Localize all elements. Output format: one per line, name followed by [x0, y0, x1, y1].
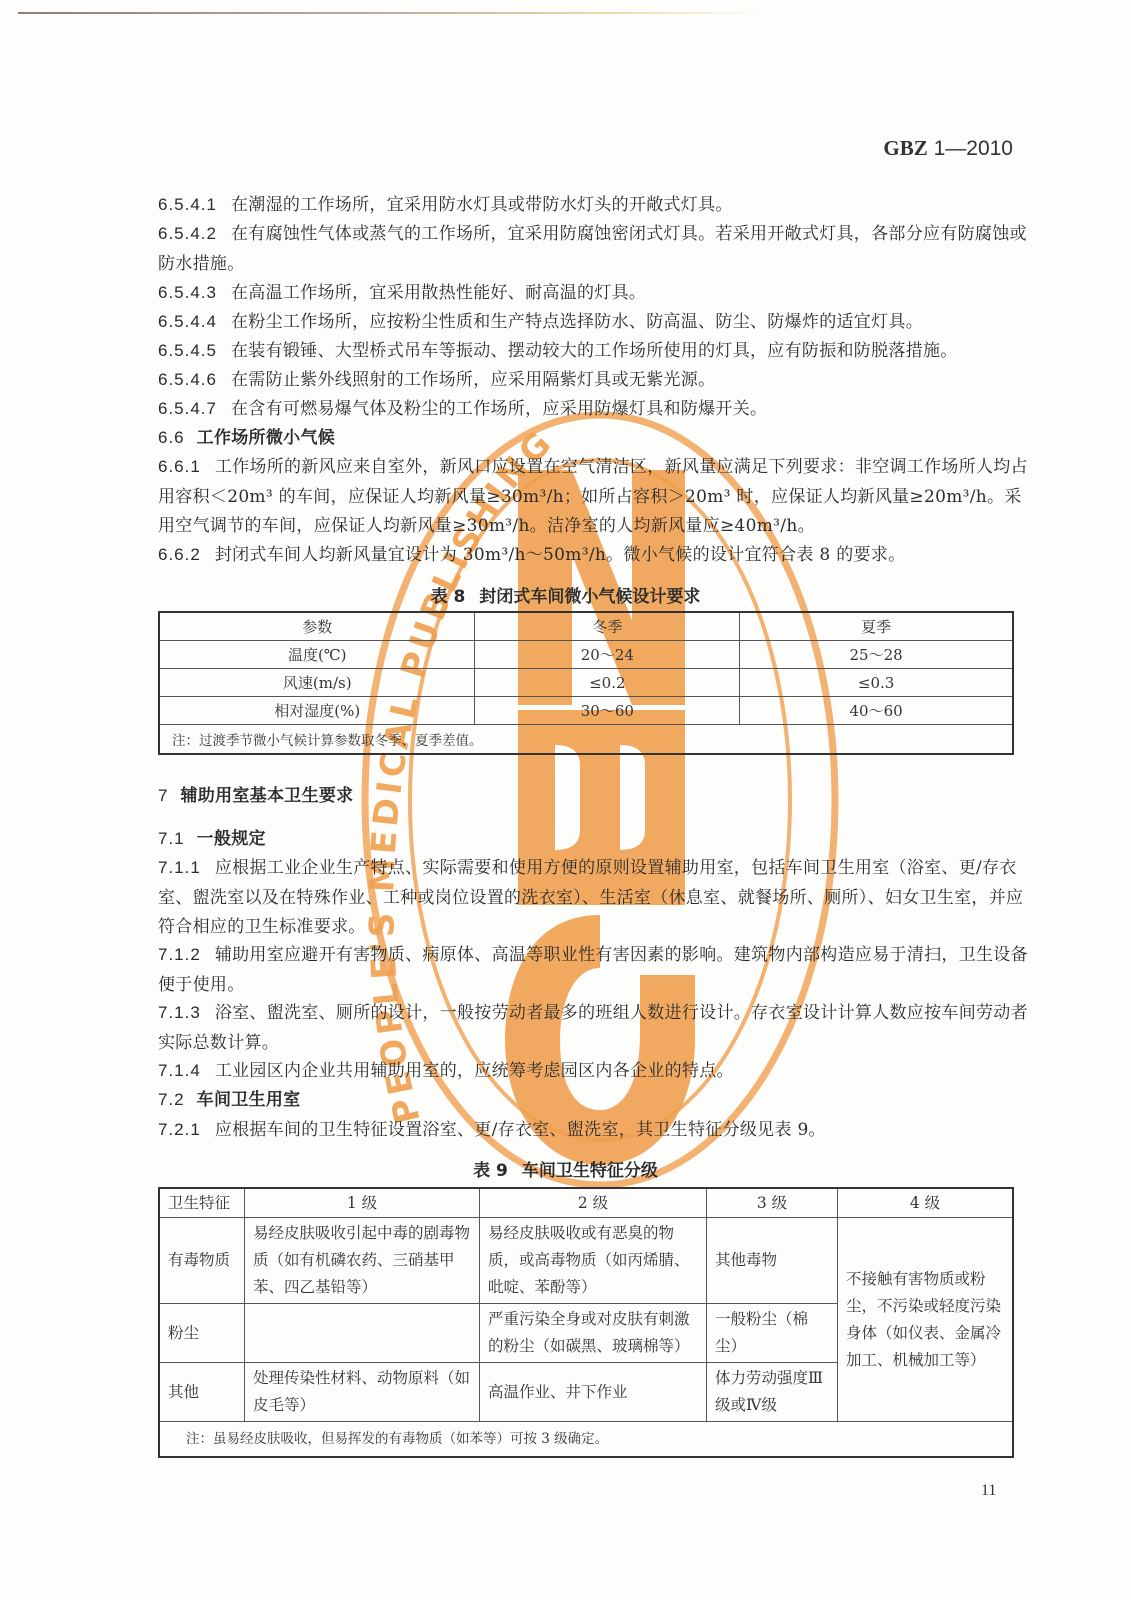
table-header-row: 参数 冬季 夏季 [159, 612, 1013, 641]
section-7-2-heading: 7.2车间卫生用室 [158, 1085, 1032, 1116]
table-note-row: 注：过渡季节微小气候计算参数取冬季、夏季差值。 [159, 725, 1013, 755]
page-number: 11 [981, 1482, 996, 1500]
clause-6-6-1: 6.6.1工作场所的新风应来自室外，新风口应设置在空气清洁区，新风量应满足下列要… [158, 452, 1032, 542]
clause-7-1-3: 7.1.3浴室、盥洗室、厕所的设计，一般按劳动者最多的班组人数进行设计。存衣室设… [158, 998, 1032, 1058]
table-8: 参数 冬季 夏季 温度(℃)20～2425～28 风速(m/s)≤0.2≤0.3… [158, 611, 1014, 755]
clause-6-5-4-4: 6.5.4.4在粉尘工作场所，应按粉尘性质和生产特点选择防水、防高温、防尘、防爆… [158, 307, 1032, 338]
table-8-caption: 表 8封闭式车间微小气候设计要求 [0, 582, 1131, 607]
clause-6-5-4-7: 6.5.4.7在含有可燃易爆气体及粉尘的工作场所，应采用防爆灯具和防爆开关。 [158, 394, 1032, 425]
clause-6-5-4-2: 6.5.4.2在有腐蚀性气体或蒸气的工作场所，宜采用防腐蚀密闭式灯具。若采用开敞… [158, 219, 1032, 279]
table-row: 风速(m/s)≤0.2≤0.3 [159, 669, 1013, 697]
clause-6-5-4-1: 6.5.4.1在潮湿的工作场所，宜采用防水灯具或带防水灯头的开敞式灯具。 [158, 190, 1032, 221]
section-7-heading: 7辅助用室基本卫生要求 [158, 781, 1032, 812]
clause-6-6-2: 6.6.2封闭式车间人均新风量宜设计为 30m³/h～50m³/h。微小气候的设… [158, 540, 1032, 571]
clause-6-5-4-5: 6.5.4.5在装有锻锤、大型桥式吊车等振动、摆动较大的工作场所使用的灯具，应有… [158, 336, 1032, 367]
clause-6-5-4-6: 6.5.4.6在需防止紫外线照射的工作场所，应采用隔紫灯具或无紫光源。 [158, 365, 1032, 396]
standard-code: GBZ 1—2010 [883, 136, 1013, 161]
clause-7-2-1: 7.2.1应根据车间的卫生特征设置浴室、更/存衣室、盥洗室，其卫生特征分级见表 … [158, 1115, 1032, 1146]
table-9: 卫生特征 1 级 2 级 3 级 4 级 有毒物质 易经皮肤吸收引起中毒的剧毒物… [158, 1187, 1014, 1458]
table-9-caption: 表 9车间卫生特征分级 [0, 1156, 1131, 1181]
table-note-row: 注：虽易经皮肤吸收，但易挥发的有毒物质（如苯等）可按 3 级确定。 [159, 1422, 1013, 1458]
table-header-row: 卫生特征 1 级 2 级 3 级 4 级 [159, 1188, 1013, 1218]
table-row: 相对湿度(%)30～6040～60 [159, 697, 1013, 725]
clause-7-1-1: 7.1.1应根据工业企业生产特点、实际需要和使用方便的原则设置辅助用室，包括车间… [158, 853, 1032, 943]
document-page: GBZ 1—2010 6.5.4.1在潮湿的工作场所，宜采用防水灯具或带防水灯头… [0, 0, 1131, 1600]
section-7-1-heading: 7.1一般规定 [158, 824, 1032, 855]
section-6-6-heading: 6.6工作场所微小气候 [158, 423, 1032, 454]
table-row: 有毒物质 易经皮肤吸收引起中毒的剧毒物质（如有机磷农药、三硝基甲苯、四乙基铅等）… [159, 1218, 1013, 1304]
clause-7-1-2: 7.1.2辅助用室应避开有害物质、病原体、高温等职业性有害因素的影响。建筑物内部… [158, 940, 1032, 1000]
clause-7-1-4: 7.1.4工业园区内企业共用辅助用室的，应统筹考虑园区内各企业的特点。 [158, 1056, 1032, 1087]
table-row: 温度(℃)20～2425～28 [159, 641, 1013, 669]
clause-6-5-4-3: 6.5.4.3在高温工作场所，宜采用散热性能好、耐高温的灯具。 [158, 278, 1032, 309]
